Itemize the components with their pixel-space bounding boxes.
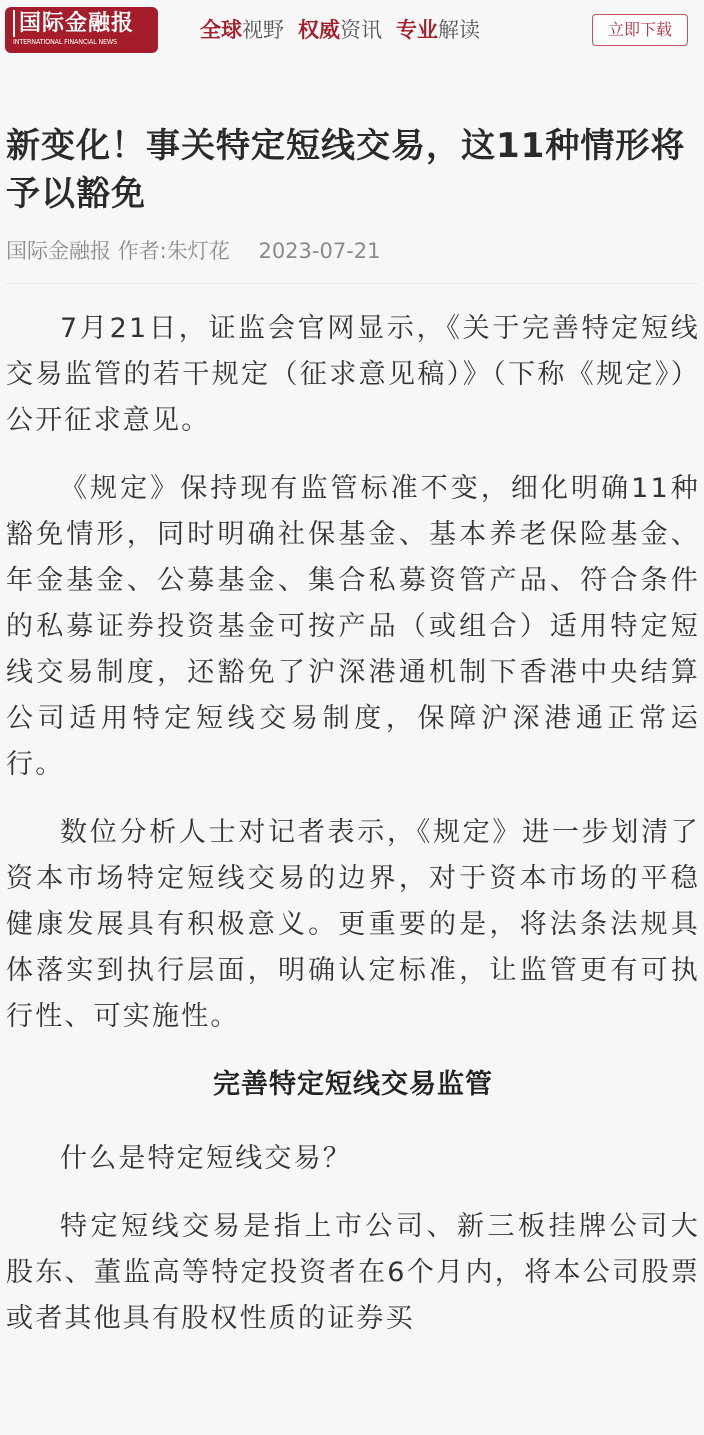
slogan-bold-2: 权威 [298,18,340,42]
article-paragraph: 7月21日，证监会官网显示，《关于完善特定短线交易监管的若干规定（征求意见稿）》… [6,306,700,444]
slogan-normal-3: 解读 [438,18,480,42]
logo-english: INTERNATIONAL FINANCIAL NEWS [13,37,141,47]
divider [6,283,698,284]
logo[interactable]: 国际金融报 INTERNATIONAL FINANCIAL NEWS [5,7,158,53]
article-body: 7月21日，证监会官网显示，《关于完善特定短线交易监管的若干规定（征求意见稿）》… [6,306,700,1364]
article-source: 国际金融报 [6,239,111,263]
logo-chinese: 国际金融报 [13,10,152,37]
slogan-bold-1: 全球 [200,18,242,42]
article-paragraph: 数位分析人士对记者表示，《规定》进一步划清了资本市场特定短线交易的边界，对于资本… [6,810,700,1040]
top-banner: 国际金融报 INTERNATIONAL FINANCIAL NEWS 全球视野权… [0,0,704,62]
article-title: 新变化！事关特定短线交易，这11种情形将予以豁免 [6,122,704,218]
slogan-bold-3: 专业 [396,18,438,42]
article-date: 2023-07-21 [258,239,380,263]
article-paragraph: 什么是特定短线交易？ [6,1136,700,1182]
slogan: 全球视野权威资讯专业解读 [200,14,480,46]
article-paragraph: 《规定》保持现有监管标准不变，细化明确11种豁免情形，同时明确社保基金、基本养老… [6,466,700,788]
section-heading: 完善特定短线交易监管 [6,1062,700,1108]
article-paragraph: 特定短线交易是指上市公司、新三板挂牌公司大股东、董监高等特定投资者在6个月内，将… [6,1204,700,1342]
article-author: 作者:朱灯花 [118,239,230,263]
download-app-button[interactable]: 立即下载 [592,14,688,46]
slogan-normal-1: 视野 [242,18,284,42]
slogan-normal-2: 资讯 [340,18,382,42]
article-meta: 国际金融报 作者:朱灯花 2023-07-21 [6,236,381,266]
